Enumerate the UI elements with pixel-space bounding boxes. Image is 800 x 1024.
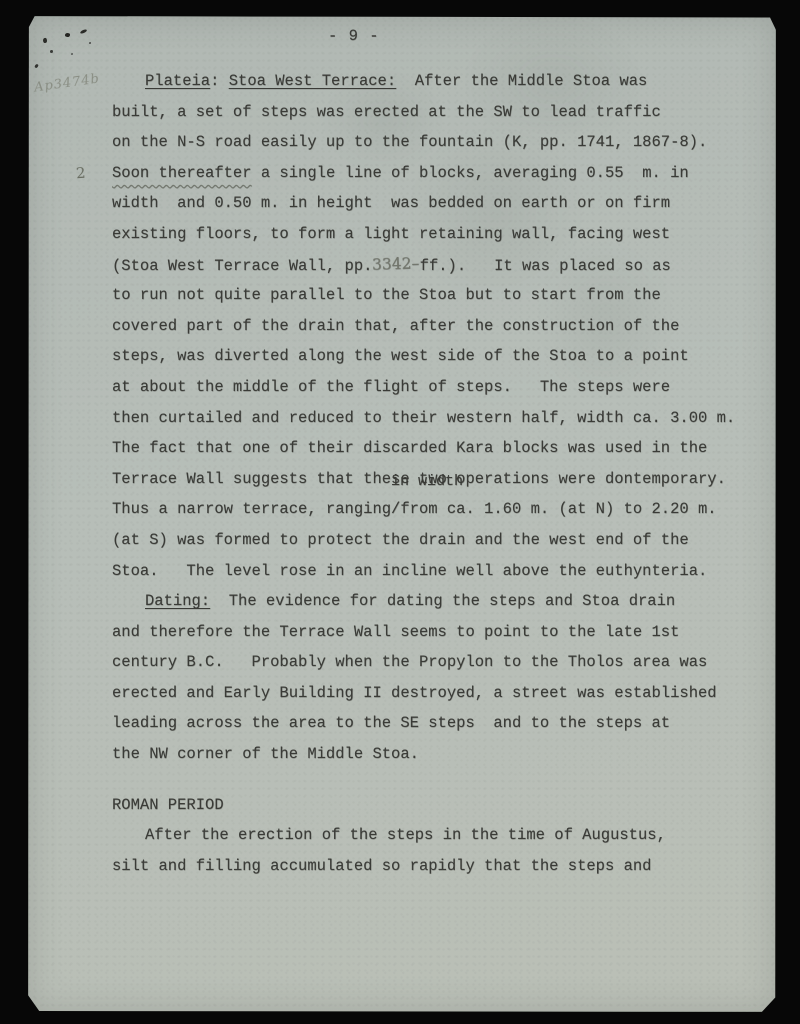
text-line: Dating: The evidence for dating the step… [112, 586, 762, 617]
text-line: The fact that one of their discarded Kar… [112, 433, 762, 464]
page-number: - 9 - [328, 27, 380, 45]
document-page: - 9 - Ap3474b 2 Plateia: Stoa West Terra… [28, 16, 776, 1012]
ink-speck [42, 38, 47, 44]
text-line: (at S) was formed to protect the drain a… [112, 525, 762, 556]
typed-text-block: Plateia: Stoa West Terrace: After the Mi… [112, 66, 762, 881]
text-line: (Stoa West Terrace Wall, pp.3342–ff.). I… [112, 250, 762, 281]
text-line: and therefore the Terrace Wall seems to … [112, 617, 762, 648]
text-line: silt and filling accumulated so rapidly … [112, 851, 762, 882]
handwritten-page-number-insert: 3342– [372, 248, 420, 280]
text-line: ROMAN PERIOD [112, 790, 762, 821]
text-line: Thus a narrow terrace, rangingin width/f… [112, 494, 762, 525]
text-line: width and 0.50 m. in height was bedded o… [112, 188, 762, 219]
text-line: steps, was diverted along the west side … [112, 341, 762, 372]
text-line: Plateia: Stoa West Terrace: After the Mi… [112, 66, 762, 97]
margin-annotation-code: Ap3474b [33, 71, 101, 95]
ink-speck [89, 42, 91, 44]
text-line: on the N-S road easily up to the fountai… [112, 127, 762, 158]
text-line: Stoa. The level rose in an incline well … [112, 556, 762, 587]
text-line: existing floors, to form a light retaini… [112, 219, 762, 250]
text-line: century B.C. Probably when the Propylon … [112, 647, 762, 678]
text-line: covered part of the drain that, after th… [112, 311, 762, 342]
text-line: the NW corner of the Middle Stoa. [112, 739, 762, 770]
ink-speck [80, 29, 88, 34]
text-line: built, a set of steps was erected at the… [112, 97, 762, 128]
text-line: After the erection of the steps in the t… [112, 820, 762, 851]
ink-speck [50, 50, 53, 53]
ink-speck [65, 33, 71, 38]
ink-speck [34, 64, 39, 69]
text-line: to run not quite parallel to the Stoa bu… [112, 280, 762, 311]
margin-annotation-number: 2 [75, 164, 86, 183]
ink-speck [71, 53, 73, 55]
text-line: at about the middle of the flight of ste… [112, 372, 762, 403]
text-line: leading across the area to the SE steps … [112, 708, 762, 739]
text-line: then curtailed and reduced to their west… [112, 403, 762, 434]
text-line: Soon thereafter a single line of blocks,… [112, 158, 762, 189]
text-line: erected and Early Building II destroyed,… [112, 678, 762, 709]
